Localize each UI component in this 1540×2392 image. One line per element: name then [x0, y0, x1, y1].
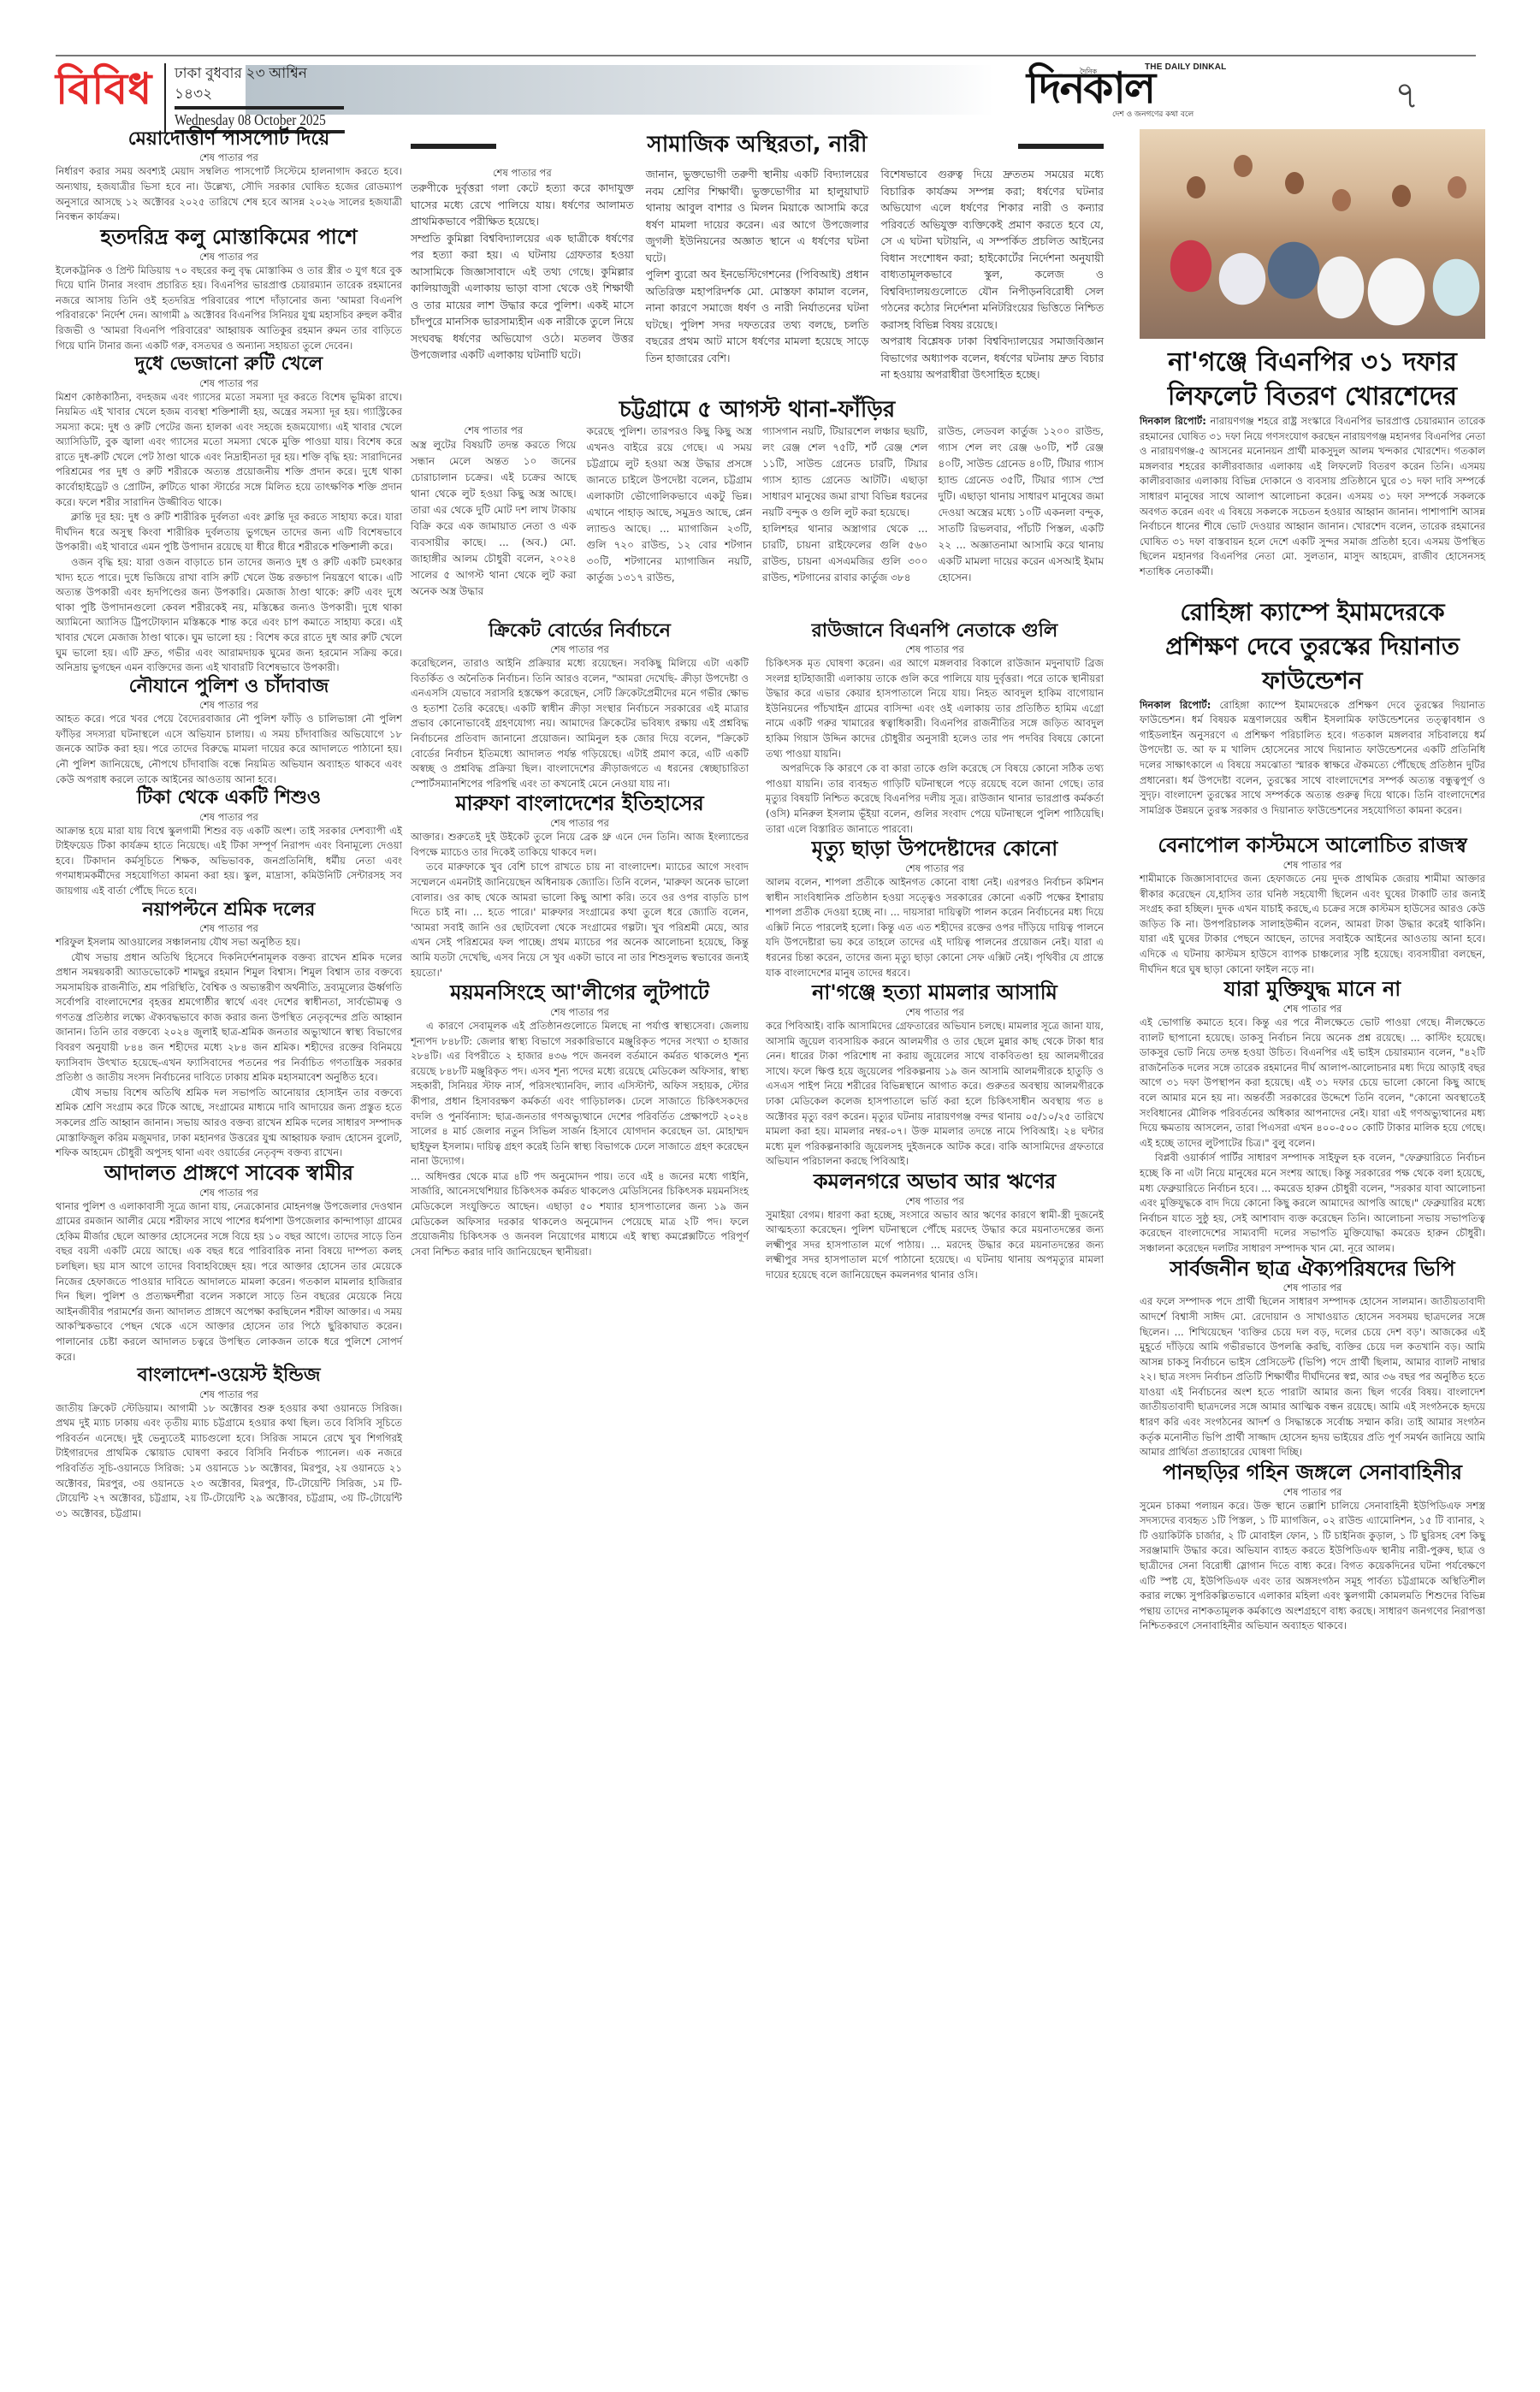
story-body: নারায়ণগঞ্জ শহরে রাষ্ট্র সংস্কারে বিএনপি…: [1140, 415, 1485, 577]
continued-label: শেষ পাতার পর: [411, 642, 749, 656]
story-headline: দুধে ভেজানো রুটি খেলে: [56, 353, 402, 376]
continued-label: শেষ পাতার পর: [56, 376, 402, 390]
byline: দিনকাল রিপোর্ট:: [1140, 699, 1211, 711]
continued-label: শেষ পাতার পর: [766, 1194, 1104, 1208]
story-body: চিকিৎসক মৃত ঘোষণা করেন। এর আগে মঙ্গলবার …: [766, 656, 1104, 761]
story-body: এই ভোগান্তি কমাতে হবে। কিন্তু এর পরে নীল…: [1140, 1015, 1485, 1151]
story-benapole: বেনাপোল কাস্টমসে আলোচিত রাজস্ব শেষ পাতার…: [1140, 833, 1485, 977]
story-body: অপরদিকে কি কারণে কে বা কারা তাকে গুলি কর…: [766, 761, 1104, 837]
center-left-subcolumn: ক্রিকেট বোর্ডের নির্বাচনে শেষ পাতার পর ক…: [411, 620, 749, 1283]
story-body: সুমাইয়া বেগম। ধারণা করা হচ্ছে, সংসারে অ…: [766, 1208, 1104, 1283]
story-body: এ কারণে সেবামূলক এই প্রতিষ্ঠানগুলোতে মিল…: [411, 1019, 749, 1169]
story-body: অস্ত্র লুটের বিষয়টি তদন্ত করতে গিয়ে সন…: [411, 437, 577, 600]
continued-label: শেষ পাতার পর: [56, 810, 402, 824]
photo-person: [1448, 176, 1466, 198]
logo-daily: দৈনিক: [1080, 67, 1097, 78]
story-body: ওজন বৃদ্ধি হয়: যারা ওজন বাড়াতে চান তাদ…: [56, 555, 402, 676]
logo-tagline: দেশ ও জনগণের কথা বলে: [1112, 108, 1193, 121]
masthead-gradient-bar: [246, 65, 1452, 115]
story-body: শামীমাকে জিজ্ঞাসাবাদের জন্য হেফাজতে নেয়…: [1140, 872, 1485, 977]
story-body: করেছিলেন, তারাও আইনি প্রক্রিয়ার মধ্যে র…: [411, 656, 749, 791]
news-photo: [1140, 129, 1485, 339]
story-body: নির্ধারণ করার সময় অবশ্যই মেয়াদ সম্বলিত…: [56, 164, 402, 224]
story-liberation-war: যারা মুক্তিযুদ্ধ মানে না শেষ পাতার পর এই…: [1140, 977, 1485, 1256]
continued-label: শেষ পাতার পর: [56, 1388, 402, 1401]
story-headline: নৌযানে পুলিশ ও চাঁদাবাজ: [56, 676, 402, 698]
continued-label: শেষ পাতার পর: [766, 642, 1104, 656]
story-body: জানান, ভুক্তভোগী তরুণী স্থানীয় একটি বিদ…: [646, 166, 869, 366]
story-body: এর ফলে সম্পাদক পদে প্রার্থী ছিলেন সাধারণ…: [1140, 1294, 1485, 1460]
right-column: না'গঞ্জে বিএনপির ৩১ দফার লিফলেট বিতরণ খো…: [1140, 346, 1485, 1634]
story-body: ... অধিদপ্তর থেকে মাত্র ৪টি পদ অনুমোদন প…: [411, 1169, 749, 1260]
top-rule: [56, 55, 1476, 56]
story-headline: মেয়াদোত্তীর্ণ পাসপোর্ট দিয়ে: [56, 128, 402, 151]
story-body: ক্লান্তি দূর হয়: দুধ ও রুটি শারীরিক দুর…: [56, 510, 402, 555]
photo-person: [1332, 189, 1351, 211]
story-body: যৌথ সভায় বিশেষ অতিথি শ্রমিক দল সভাপতি আ…: [56, 1086, 402, 1161]
story-river-police: নৌযানে পুলিশ ও চাঁদাবাজ শেষ পাতার পর আহত…: [56, 676, 402, 787]
story-headline: ক্রিকেট বোর্ডের নির্বাচনে: [411, 620, 749, 642]
story-ctg-arms: চট্টগ্রামে ৫ আগস্ট থানা-ফাঁড়ির শেষ পাতা…: [411, 397, 1104, 600]
continued-label: শেষ পাতার পর: [411, 816, 749, 830]
section-name: বিবিধ: [56, 63, 151, 115]
continued-label: শেষ পাতার পর: [56, 1186, 402, 1199]
continued-label: শেষ পাতার পর: [56, 698, 402, 712]
photo-person: [1187, 176, 1205, 198]
story-body: তবে মারুফাকে খুব বেশি চাপে রাখতে চায় না…: [411, 860, 749, 980]
story-passport: মেয়াদোত্তীর্ণ পাসপোর্ট দিয়ে শেষ পাতার …: [56, 128, 402, 225]
story-bd-wi: বাংলাদেশ-ওয়েস্ট ইন্ডিজ শেষ পাতার পর জাত…: [56, 1365, 402, 1521]
story-court: আদালত প্রাঙ্গণে সাবেক স্বামীর শেষ পাতার …: [56, 1161, 402, 1365]
page-number: ৭: [1395, 67, 1419, 129]
story-body: গ্যাসগান নয়টি, টিয়ারশেল লঞ্চার ছয়টি, …: [762, 423, 928, 586]
story-headline: নয়াপল্টনে শ্রমিক দলের: [56, 899, 402, 921]
story-headline: সামাজিক অস্থিরতা, নারী: [411, 132, 1104, 158]
story-body: বিপ্লবী ওয়ার্কার্স পার্টির সাধারণ সম্পা…: [1140, 1151, 1485, 1256]
story-body: আহত করে। পরে খবর পেয়ে বৈদ্যেরবাজার নৌ প…: [56, 712, 402, 787]
story-advisers: মৃত্যু ছাড়া উপদেষ্টাদের কোনো শেষ পাতার …: [766, 837, 1104, 980]
story-body: মিশ্রণ কোষ্ঠকাঠিন্য, বদহজম এবং গ্যাসের ম…: [56, 390, 402, 511]
story-ng-murder: না'গঞ্জে হত্যা মামলার আসামি শেষ পাতার পর…: [766, 980, 1104, 1169]
story-panchhari: পানছড়ির গহিন জঙ্গলে সেনাবাহিনীর শেষ পাত…: [1140, 1460, 1485, 1634]
newspaper-page: বিবিধ ঢাকা বুধবার ২৩ আশ্বিন ১৪৩২ Wednesd…: [56, 55, 1476, 2365]
story-raozan: রাউজানে বিএনপি নেতাকে গুলি শেষ পাতার পর …: [766, 620, 1104, 838]
story-headline: পানছড়ির গহিন জঙ্গলে সেনাবাহিনীর: [1140, 1460, 1485, 1485]
story-headline: কমলনগরে অভাব আর ঋণের: [766, 1169, 1104, 1194]
left-column: মেয়াদোত্তীর্ণ পাসপোর্ট দিয়ে শেষ পাতার …: [56, 128, 402, 1521]
story-body: রোহিঙ্গা ক্যাম্পে ইমামদেরকে প্রশিক্ষণ দে…: [1140, 699, 1485, 816]
continued-label: শেষ পাতার পর: [1140, 1485, 1485, 1499]
story-headline: হতদরিদ্র কলু মোস্তাকিমের পাশে: [56, 225, 402, 250]
center-block: সামাজিক অস্থিরতা, নারী শেষ পাতার পর তরুণ…: [411, 132, 1104, 1283]
headline-rule-left: [411, 144, 496, 149]
story-headline: বেনাপোল কাস্টমসে আলোচিত রাজস্ব: [1140, 833, 1485, 858]
story-headline: যারা মুক্তিযুদ্ধ মানে না: [1140, 977, 1485, 1002]
story-body: জাতীয় ক্রিকেট স্টেডিয়াম। আগামী ১৮ অক্ট…: [56, 1401, 402, 1522]
story-headline: আদালত প্রাঙ্গণে সাবেক স্বামীর: [56, 1161, 402, 1186]
continued-label: শেষ পাতার পর: [56, 921, 402, 935]
continued-label: শেষ পাতার পর: [411, 1005, 749, 1019]
continued-label: শেষ পাতার পর: [1140, 858, 1485, 872]
story-mymensingh: ময়মনসিংহে আ'লীগের লুটপাটে শেষ পাতার পর …: [411, 980, 749, 1259]
story-kolu: হতদরিদ্র কলু মোস্তাকিমের পাশে শেষ পাতার …: [56, 225, 402, 353]
story-headline: বাংলাদেশ-ওয়েস্ট ইন্ডিজ: [56, 1365, 402, 1387]
byline: দিনকাল রিপোর্ট:: [1140, 415, 1206, 427]
photo-person: [1234, 155, 1253, 177]
continued-label: শেষ পাতার পর: [1140, 1002, 1485, 1015]
story-body: করে পিবিআই। বাকি আসামিদের গ্রেফতারের অভি…: [766, 1019, 1104, 1169]
story-headline: না'গঞ্জে হত্যা মামলার আসামি: [766, 980, 1104, 1005]
story-kamalnagar: কমলনগরে অভাব আর ঋণের শেষ পাতার পর সুমাইয…: [766, 1169, 1104, 1283]
story-sramik-dal: নয়াপল্টনে শ্রমিক দলের শেষ পাতার পর শরিফ…: [56, 899, 402, 1161]
story-body: করেছে পুলিশ। তারপরও কিছু কিছু অস্ত্র এখন…: [587, 423, 753, 586]
story-body: আক্রান্ত হয়ে মারা যায় বিশ্বে স্কুলগামী…: [56, 824, 402, 899]
story-rohingya: রোহিঙ্গা ক্যাম্পে ইমামদেরকে প্রশিক্ষণ দে…: [1140, 595, 1485, 819]
story-headline: রাউজানে বিএনপি নেতাকে গুলি: [766, 620, 1104, 642]
story-leaflet: না'গঞ্জে বিএনপির ৩১ দফার লিফলেট বিতরণ খো…: [1140, 346, 1485, 580]
continued-label: শেষ পাতার পর: [56, 151, 402, 164]
story-headline: না'গঞ্জে বিএনপির ৩১ দফার লিফলেট বিতরণ খো…: [1140, 346, 1485, 414]
date-block: ঢাকা বুধবার ২৩ আশ্বিন ১৪৩২ Wednesday 08 …: [164, 63, 344, 133]
story-body: আলম বলেন, শাপলা প্রতীকে আইনগত কোনো বাধা …: [766, 875, 1104, 980]
story-body: ইলেকট্রনিক ও প্রিন্ট মিডিয়ায় ৭০ বছরের …: [56, 263, 402, 354]
story-marufa: মারুফা বাংলাদেশের ইতিহাসের শেষ পাতার পর …: [411, 791, 749, 980]
story-social-unrest: সামাজিক অস্থিরতা, নারী শেষ পাতার পর তরুণ…: [411, 132, 1104, 383]
headline-rule-right: [1018, 144, 1104, 149]
story-body: যৌথ সভায় প্রধান অতিথি হিসেবে দিকনির্দেশ…: [56, 950, 402, 1086]
story-body: আক্তার। শুরুতেই দুই উইকেট তুলে নিয়ে ব্র…: [411, 830, 749, 860]
photo-person: [1285, 172, 1304, 194]
story-cricket-board: ক্রিকেট বোর্ডের নির্বাচনে শেষ পাতার পর ক…: [411, 620, 749, 792]
story-headline: সার্বজনীন ছাত্র ঐক্যপরিষদের ভিপি: [1140, 1257, 1485, 1282]
story-chhatra-oikya: সার্বজনীন ছাত্র ঐক্যপরিষদের ভিপি শেষ পাত…: [1140, 1257, 1485, 1460]
continued-label: শেষ পাতার পর: [766, 1005, 1104, 1019]
story-headline: রোহিঙ্গা ক্যাম্পে ইমামদেরকে প্রশিক্ষণ দে…: [1140, 595, 1485, 698]
photo-person: [1392, 185, 1411, 207]
story-headline: মারুফা বাংলাদেশের ইতিহাসের: [411, 791, 749, 816]
continued-label: শেষ পাতার পর: [766, 861, 1104, 875]
story-body: সুমেন চাকমা পলায়ন করে। উক্ত স্থানে তল্ল…: [1140, 1499, 1485, 1634]
logo-english: THE DAILY DINKAL: [1145, 62, 1226, 72]
story-body: শরিফুল ইসলাম আওয়ালের সঞ্চালনায় যৌথ সভা…: [56, 935, 402, 950]
story-body: থানার পুলিশ ও এলাকাবাসী সূত্রে জানা যায়…: [56, 1199, 402, 1365]
continued-label: শেষ পাতার পর: [1140, 1281, 1485, 1294]
story-headline: চট্টগ্রামে ৫ আগস্ট থানা-ফাঁড়ির: [411, 397, 1104, 423]
story-headline: ময়মনসিংহে আ'লীগের লুটপাটে: [411, 980, 749, 1005]
story-headline: মৃত্যু ছাড়া উপদেষ্টাদের কোনো: [766, 837, 1104, 861]
story-headline: টিকা থেকে একটি শিশুও: [56, 787, 402, 809]
center-right-subcolumn: রাউজানে বিএনপি নেতাকে গুলি শেষ পাতার পর …: [766, 620, 1104, 1283]
story-milk-bread: দুধে ভেজানো রুটি খেলে শেষ পাতার পর মিশ্র…: [56, 353, 402, 676]
continued-label: শেষ পাতার পর: [56, 250, 402, 263]
story-vaccine: টিকা থেকে একটি শিশুও শেষ পাতার পর আক্রান…: [56, 787, 402, 898]
story-body: বিশেষভাবে গুরুত্ব দিয়ে দ্রুততম সময়ের ম…: [880, 166, 1104, 383]
date-bangla: ঢাকা বুধবার ২৩ আশ্বিন ১৪৩২: [175, 63, 344, 110]
continued-label: শেষ পাতার পর: [411, 423, 577, 437]
story-body: তরুণীকে দুর্বৃত্তরা গলা কেটে হত্যা করে ক…: [411, 180, 634, 364]
newspaper-logo: দিনকাল দৈনিক THE DAILY DINKAL দেশ ও জনগণ…: [1027, 60, 1249, 121]
continued-label: শেষ পাতার পর: [411, 166, 634, 180]
masthead: বিবিধ ঢাকা বুধবার ২৩ আশ্বিন ১৪৩২ Wednesd…: [56, 63, 1476, 123]
story-body: রাউন্ড, লেডবল কার্তুজ ১২০০ রাউন্ড, গ্যাস…: [939, 423, 1105, 586]
